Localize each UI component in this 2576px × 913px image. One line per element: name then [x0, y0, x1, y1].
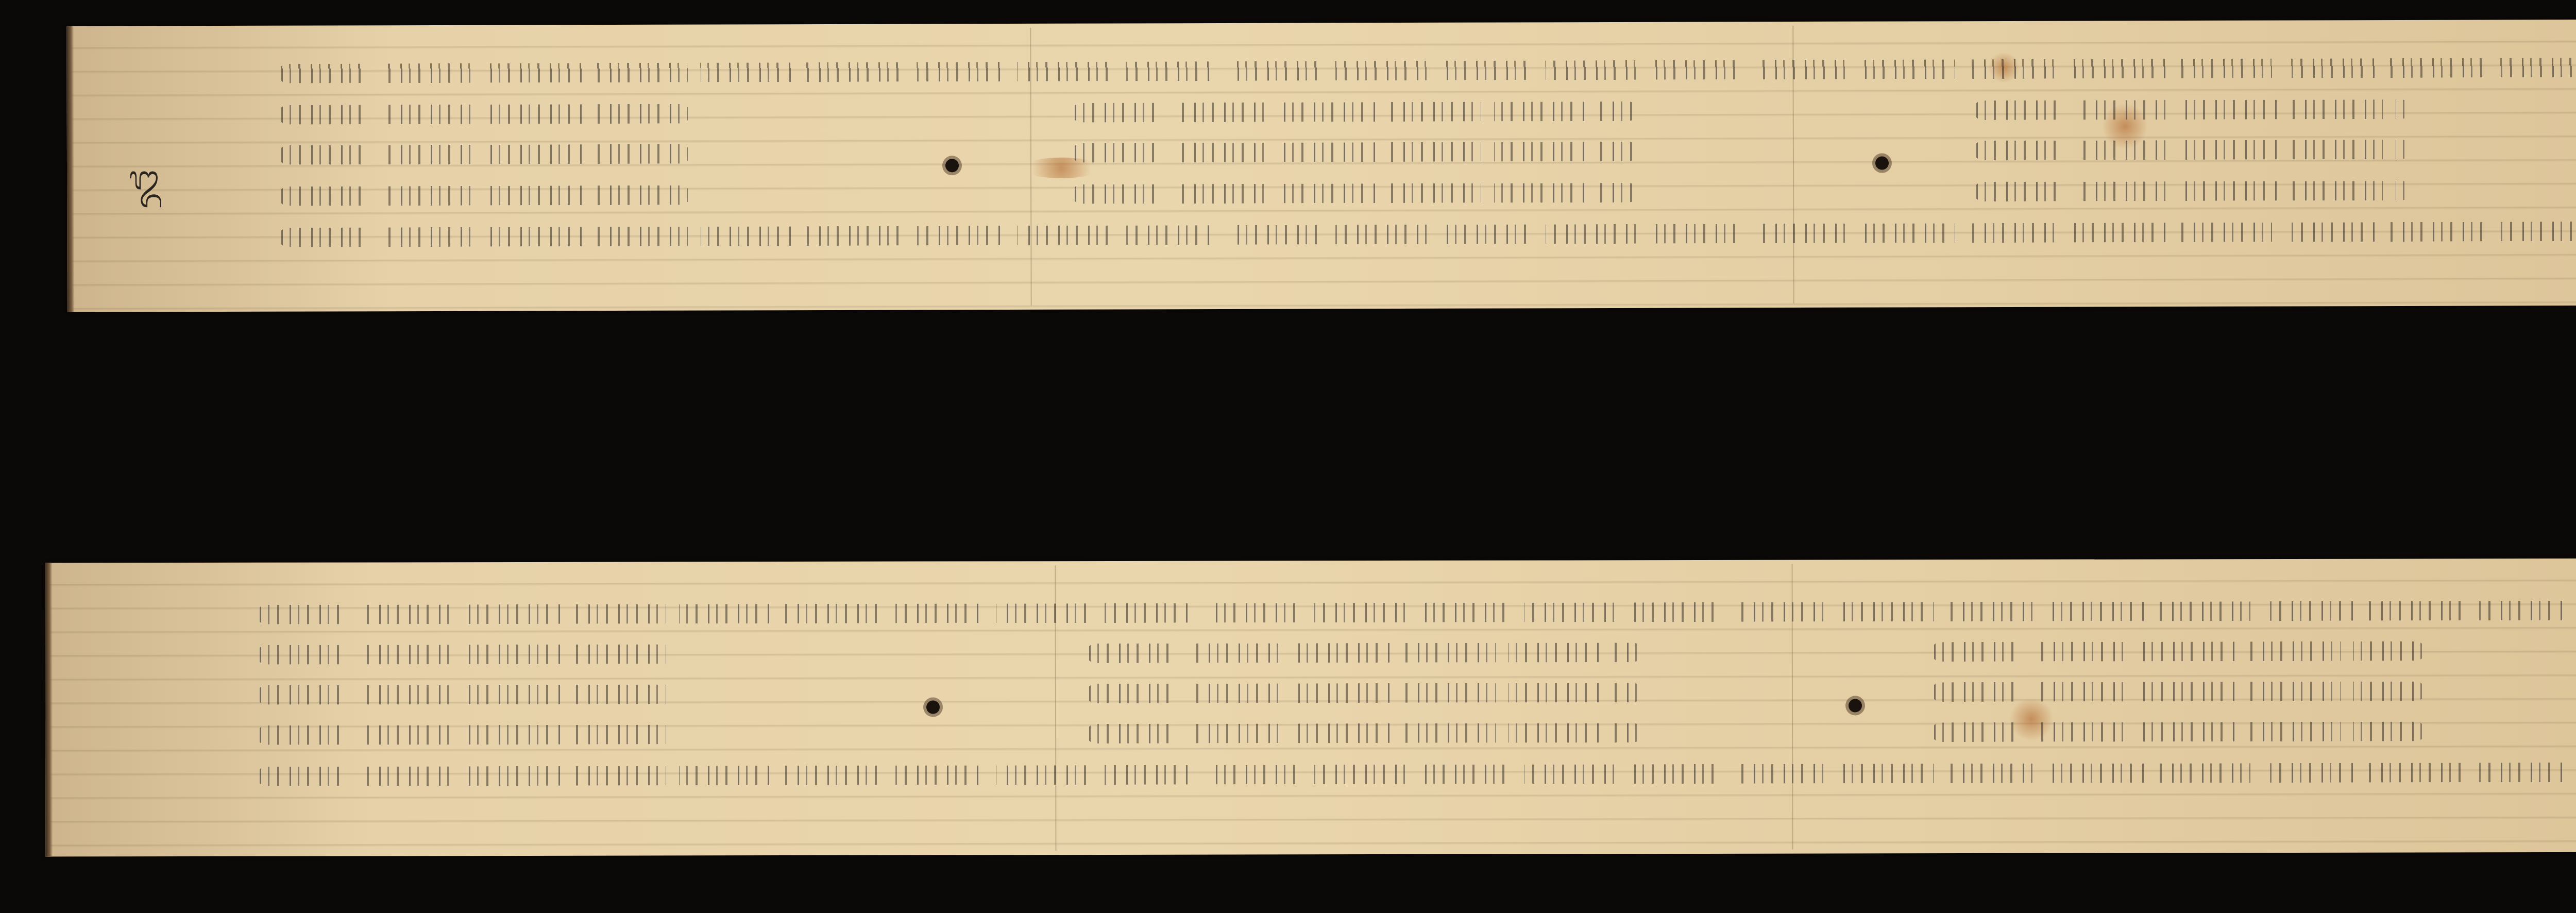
text-line: [1086, 636, 1642, 669]
script-ink: [278, 104, 690, 125]
string-hole: [1875, 157, 1889, 170]
script-ink: [278, 144, 690, 165]
script-ink: [1931, 682, 2426, 702]
text-line: [1086, 677, 1642, 709]
text-line: [1973, 133, 2411, 166]
text-line: [1086, 717, 1642, 750]
script-ink: [1086, 643, 1642, 663]
script-ink: [1973, 140, 2411, 160]
script-ink: [257, 763, 2576, 786]
script-ink: [257, 724, 679, 745]
text-line: [257, 678, 679, 711]
string-hole: [945, 159, 959, 172]
text-line: [257, 595, 2576, 631]
script-ink: [1973, 99, 2411, 120]
script-ink: [257, 601, 2576, 624]
text-line: [257, 718, 679, 751]
script-ink: [1973, 181, 2411, 201]
text-line: [1931, 635, 2426, 668]
leaf-edge-left: [66, 26, 74, 312]
text-line: [278, 215, 2576, 253]
text-line: [278, 179, 690, 212]
script-ink: [278, 57, 2576, 83]
script-ink: [1072, 183, 1638, 204]
text-line: [257, 638, 679, 670]
script-ink: [1086, 683, 1642, 703]
text-line: [278, 138, 690, 171]
string-hole: [1849, 699, 1862, 712]
text-line: [278, 98, 690, 131]
text-line: [257, 756, 2576, 792]
text-line: [278, 51, 2576, 89]
palm-leaf-manuscript-2: [45, 558, 2576, 856]
palm-leaf-manuscript-1: ᭓: [66, 19, 2576, 312]
script-ink: [257, 684, 679, 704]
text-line: [1973, 175, 2411, 208]
text-line: [1072, 136, 1638, 169]
text-line: [1973, 93, 2411, 126]
script-ink: [278, 221, 2576, 247]
string-hole: [926, 701, 940, 714]
text-line: [1072, 95, 1638, 129]
script-ink: [1072, 102, 1638, 123]
script-ink: [257, 644, 679, 664]
page-number: ᭓: [129, 155, 161, 213]
script-ink: [1086, 723, 1642, 743]
script-ink: [1931, 641, 2426, 662]
leaf-edge-left: [45, 563, 53, 857]
script-ink: [278, 185, 690, 206]
script-ink: [1072, 142, 1638, 163]
text-line: [1931, 716, 2426, 749]
text-line: [1931, 675, 2426, 708]
text-line: [1072, 177, 1638, 210]
script-ink: [1931, 722, 2426, 742]
